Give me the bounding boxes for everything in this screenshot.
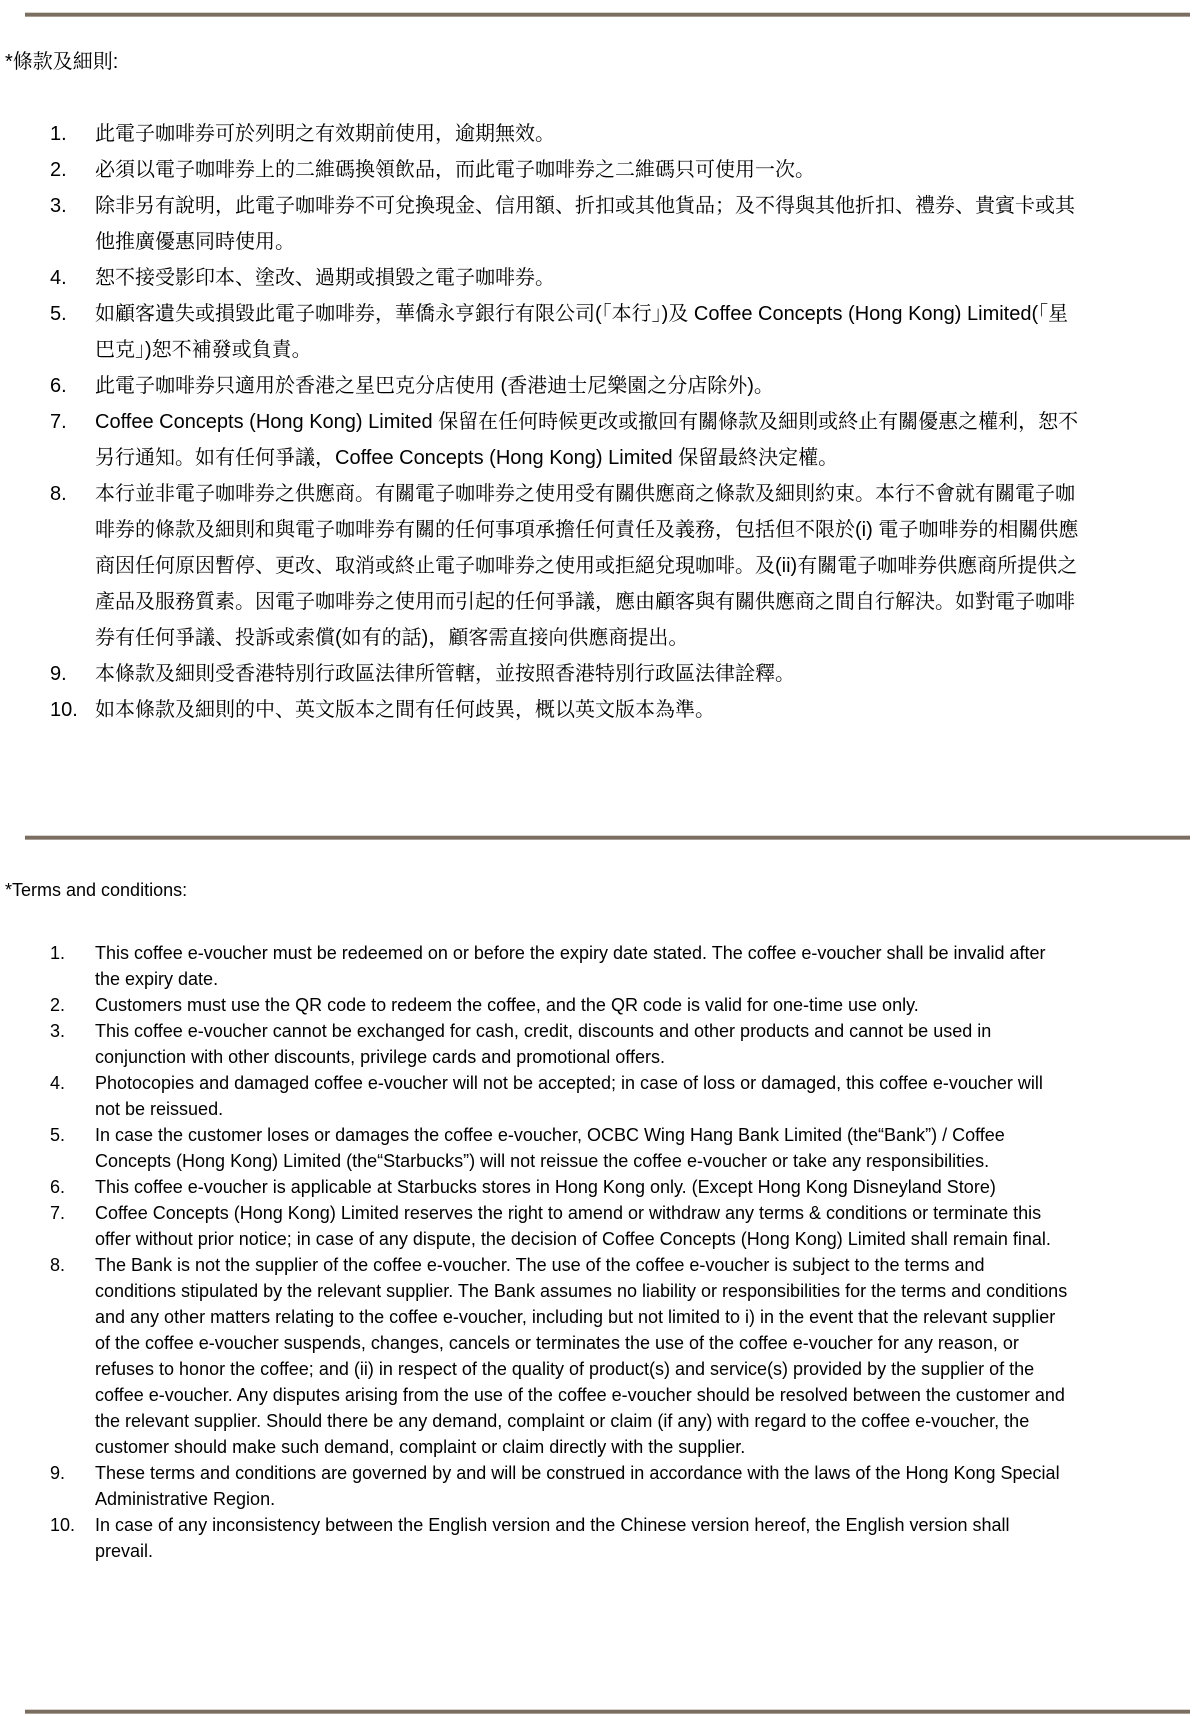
- list-item: This coffee e-voucher must be redeemed o…: [0, 940, 1070, 992]
- english-terms-heading: *Terms and conditions:: [5, 878, 187, 902]
- list-item: 本行並非電子咖啡券之供應商。有關電子咖啡券之使用受有關供應商之條款及細則約束。本…: [0, 476, 1080, 656]
- list-item: 恕不接受影印本、塗改、過期或損毀之電子咖啡券。: [0, 260, 1080, 296]
- list-item: 本條款及細則受香港特別行政區法律所管轄，並按照香港特別行政區法律詮釋。: [0, 656, 1080, 692]
- top-horizontal-rule: [25, 12, 1190, 17]
- list-item: 除非另有說明，此電子咖啡券不可兌換現金、信用額、折扣或其他貨品；及不得與其他折扣…: [0, 188, 1080, 260]
- list-item: These terms and conditions are governed …: [0, 1460, 1070, 1512]
- list-item: Photocopies and damaged coffee e-voucher…: [0, 1070, 1070, 1122]
- list-item: In case the customer loses or damages th…: [0, 1122, 1070, 1174]
- chinese-terms-list: 此電子咖啡券可於列明之有效期前使用，逾期無效。 必須以電子咖啡券上的二維碼換領飲…: [0, 116, 1090, 728]
- list-item: The Bank is not the supplier of the coff…: [0, 1252, 1070, 1460]
- list-item: In case of any inconsistency between the…: [0, 1512, 1070, 1564]
- list-item: Coffee Concepts (Hong Kong) Limited rese…: [0, 1200, 1070, 1252]
- list-item: 如顧客遺失或損毀此電子咖啡券，華僑永亨銀行有限公司(「本行」)及 Coffee …: [0, 296, 1080, 368]
- list-item: 必須以電子咖啡券上的二維碼換領飲品，而此電子咖啡券之二維碼只可使用一次。: [0, 152, 1080, 188]
- list-item: Coffee Concepts (Hong Kong) Limited 保留在任…: [0, 404, 1080, 476]
- list-item: 此電子咖啡券只適用於香港之星巴克分店使用 (香港迪士尼樂園之分店除外)。: [0, 368, 1080, 404]
- list-item: 如本條款及細則的中、英文版本之間有任何歧異，概以英文版本為準。: [0, 692, 1080, 728]
- list-item: This coffee e-voucher cannot be exchange…: [0, 1018, 1070, 1070]
- english-terms-list: This coffee e-voucher must be redeemed o…: [0, 940, 1075, 1564]
- list-item: Customers must use the QR code to redeem…: [0, 992, 1070, 1018]
- middle-horizontal-rule: [25, 835, 1190, 840]
- bottom-horizontal-rule: [25, 1709, 1190, 1714]
- list-item: 此電子咖啡券可於列明之有效期前使用，逾期無效。: [0, 116, 1080, 152]
- chinese-terms-heading: *條款及細則:: [5, 50, 118, 74]
- list-item: This coffee e-voucher is applicable at S…: [0, 1174, 1070, 1200]
